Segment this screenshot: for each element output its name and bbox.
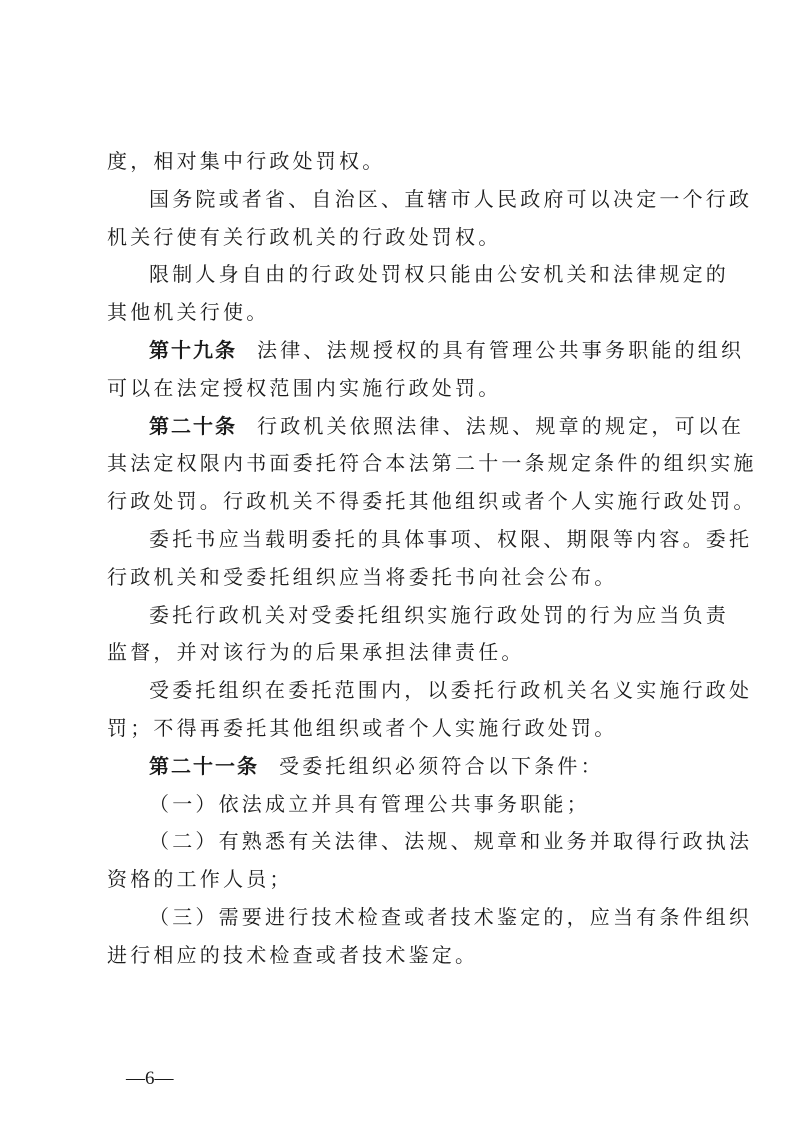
line-text: 行政处罚。行政机关不得委托其他组织或者个人实施行政处罚。 [107,489,757,513]
line-text: （一）依法成立并具有管理公共事务职能； [149,792,590,816]
line-text: 委托书应当载明委托的具体事项、权限、期限等内容。委托 [149,527,752,551]
line-text: 行政机关依照法律、法规、规章的规定，可以在 [257,414,744,438]
line-text: 行政机关和受委托组织应当将委托书向社会公布。 [107,565,617,589]
document-body: 度，相对集中行政处罚权。 国务院或者省、自治区、直辖市人民政府可以决定一个行政 … [107,143,691,975]
article-20-heading-line: 第二十条行政机关依照法律、法规、规章的规定，可以在 [107,408,691,446]
text-line: 限制人身自由的行政处罚权只能由公安机关和法律规定的 [107,256,691,294]
list-item: （一）依法成立并具有管理公共事务职能； [107,786,691,824]
line-text: 委托行政机关对受委托组织实施行政处罚的行为应当负责 [149,603,729,627]
text-line: 行政机关和受委托组织应当将委托书向社会公布。 [107,559,691,597]
list-item: （二）有熟悉有关法律、法规、规章和业务并取得行政执法 [107,823,691,861]
line-text: 其法定权限内书面委托符合本法第二十一条规定条件的组织实施 [107,451,757,475]
text-line: 其法定权限内书面委托符合本法第二十一条规定条件的组织实施 [107,445,691,483]
line-text: 受委托组织在委托范围内，以委托行政机关名义实施行政处 [149,678,752,702]
text-line: 度，相对集中行政处罚权。 [107,143,691,181]
line-text: （三）需要进行技术检查或者技术鉴定的，应当有条件组织 [149,905,752,929]
line-text: 法律、法规授权的具有管理公共事务职能的组织 [257,338,744,362]
article-number: 第二十一条 [149,754,259,778]
article-number: 第二十条 [149,414,237,438]
text-line: 委托行政机关对受委托组织实施行政处罚的行为应当负责 [107,597,691,635]
line-text: 国务院或者省、自治区、直辖市人民政府可以决定一个行政 [149,187,752,211]
list-item: （三）需要进行技术检查或者技术鉴定的，应当有条件组织 [107,899,691,937]
line-text: 机关行使有关行政机关的行政处罚权。 [107,225,501,249]
line-text: 可以在法定授权范围内实施行政处罚。 [107,376,501,400]
line-text: 其他机关行使。 [107,300,269,324]
text-line: 受委托组织在委托范围内，以委托行政机关名义实施行政处 [107,672,691,710]
text-line: 国务院或者省、自治区、直辖市人民政府可以决定一个行政 [107,181,691,219]
article-number: 第十九条 [149,338,237,362]
text-line: 委托书应当载明委托的具体事项、权限、期限等内容。委托 [107,521,691,559]
text-line: 行政处罚。行政机关不得委托其他组织或者个人实施行政处罚。 [107,483,691,521]
text-line: 监督，并对该行为的后果承担法律责任。 [107,634,691,672]
text-line: 罚；不得再委托其他组织或者个人实施行政处罚。 [107,710,691,748]
line-text: 监督，并对该行为的后果承担法律责任。 [107,640,525,664]
line-text: 罚；不得再委托其他组织或者个人实施行政处罚。 [107,716,617,740]
article-21-heading-line: 第二十一条受委托组织必须符合以下条件： [107,748,691,786]
line-text: 进行相应的技术检查或者技术鉴定。 [107,943,478,967]
line-text: 度，相对集中行政处罚权。 [107,149,385,173]
article-19-heading-line: 第十九条法律、法规授权的具有管理公共事务职能的组织 [107,332,691,370]
line-text: 资格的工作人员； [107,867,293,891]
text-line: 可以在法定授权范围内实施行政处罚。 [107,370,691,408]
line-text: 限制人身自由的行政处罚权只能由公安机关和法律规定的 [149,262,729,286]
line-text: （二）有熟悉有关法律、法规、规章和业务并取得行政执法 [149,829,752,853]
page-number: —6— [126,1068,174,1090]
text-line: 其他机关行使。 [107,294,691,332]
text-line: 机关行使有关行政机关的行政处罚权。 [107,219,691,257]
line-text: 受委托组织必须符合以下条件： [279,754,604,778]
text-line: 进行相应的技术检查或者技术鉴定。 [107,937,691,975]
text-line: 资格的工作人员； [107,861,691,899]
